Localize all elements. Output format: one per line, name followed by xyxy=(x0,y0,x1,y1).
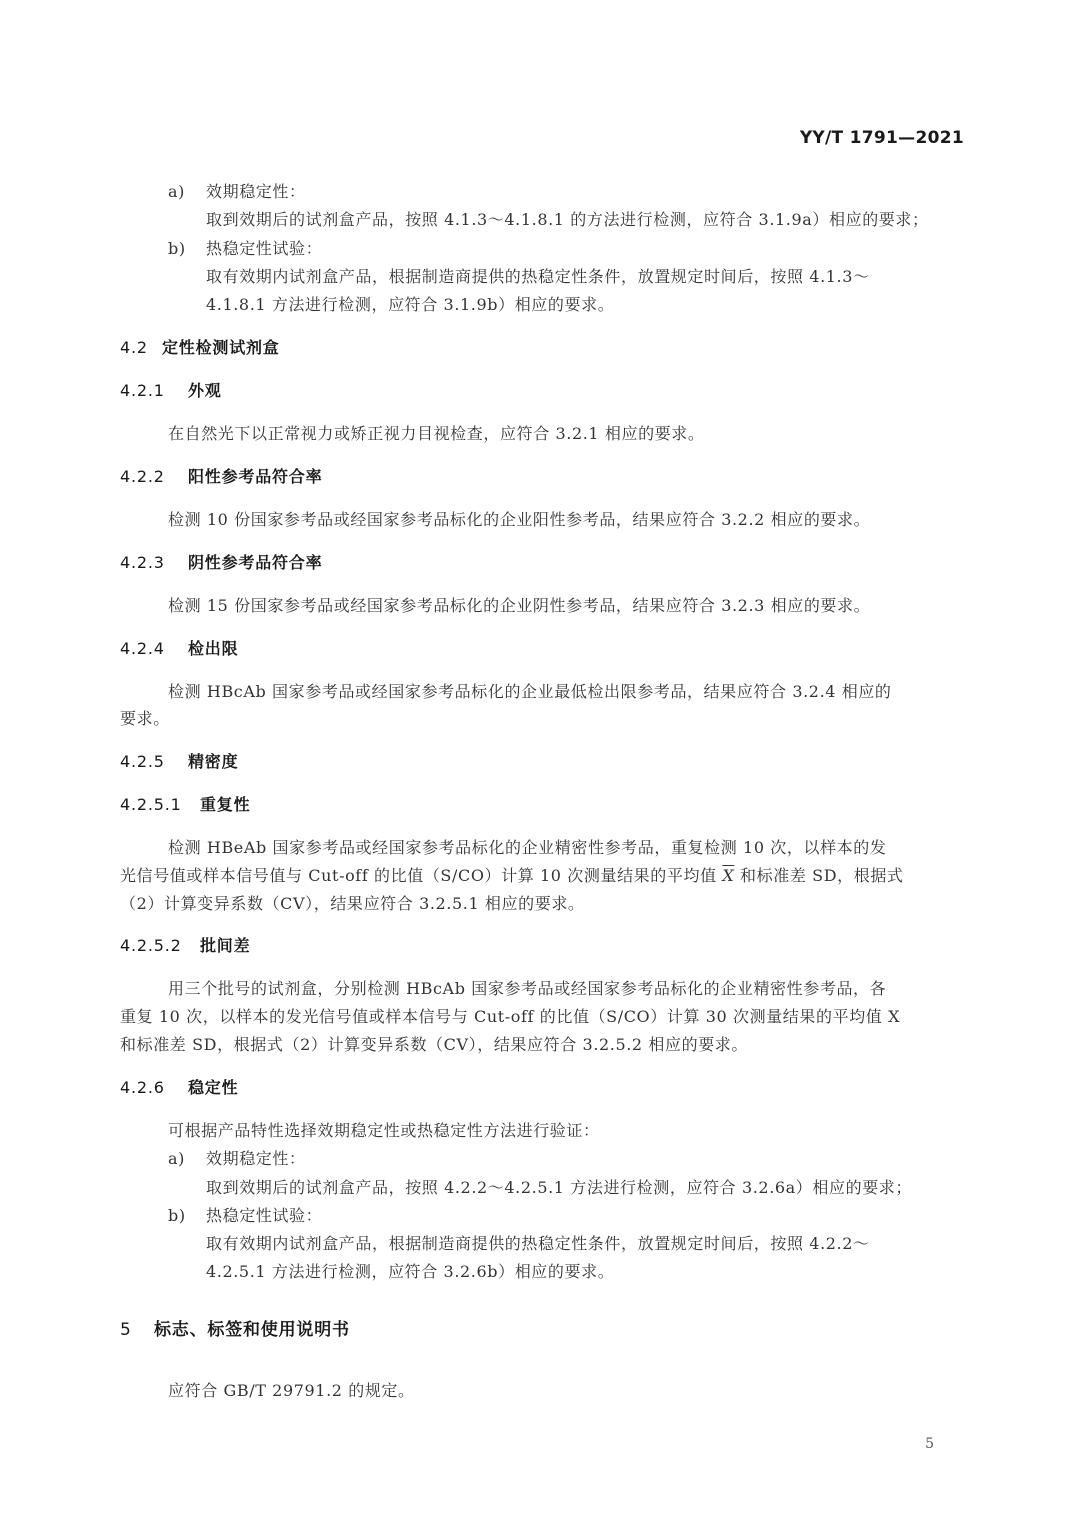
standard-code: YY/T 1791—2021 xyxy=(800,128,964,148)
text-segment: 光信号值或样本信号值与 Cut-off 的比值（S/CO）计算 10 次测量结果… xyxy=(120,866,722,885)
section-heading-4-2-6: 4.2.6稳定性 xyxy=(120,1078,238,1098)
section-title: 阳性参考品符合率 xyxy=(188,467,322,486)
paragraph: 检测 10 份国家参考品或经国家参考品标化的企业阳性参考品，结果应符合 3.2.… xyxy=(168,510,870,530)
list-item-a: a)效期稳定性： xyxy=(168,182,306,202)
list-item-title: 热稳定性试验： xyxy=(206,239,322,258)
paragraph: 在自然光下以正常视力或矫正视力目视检查，应符合 3.2.1 相应的要求。 xyxy=(168,424,704,444)
section-heading-4-2-2: 4.2.2阳性参考品符合率 xyxy=(120,467,322,487)
paragraph-line: 和标准差 SD，根据式（2）计算变异系数（CV），结果应符合 3.2.5.2 相… xyxy=(120,1035,748,1055)
section-number: 4.2.5.2 xyxy=(120,936,200,956)
section-heading-4-2-5: 4.2.5精密度 xyxy=(120,752,238,772)
section-number: 4.2.4 xyxy=(120,639,188,659)
list-marker: b) xyxy=(168,239,206,259)
paragraph: 检测 15 份国家参考品或经国家参考品标化的企业阴性参考品，结果应符合 3.2.… xyxy=(168,596,870,616)
section-heading-4-2: 4.2定性检测试剂盒 xyxy=(120,338,280,358)
document-page: YY/T 1791—2021 a)效期稳定性： 取到效期后的试剂盒产品，按照 4… xyxy=(0,0,1080,1526)
list-item-text: 取到效期后的试剂盒产品，按照 4.2.2～4.2.5.1 方法进行检测，应符合 … xyxy=(206,1178,912,1198)
section-number: 4.2.5.1 xyxy=(120,795,200,815)
list-item-title: 效期稳定性： xyxy=(206,182,306,201)
section-title: 重复性 xyxy=(200,795,250,814)
list-item-text: 取到效期后的试剂盒产品，按照 4.1.3～4.1.8.1 的方法进行检测，应符合… xyxy=(206,210,929,230)
section-title: 外观 xyxy=(188,381,222,400)
section-title: 批间差 xyxy=(200,936,250,955)
section-number: 4.2.6 xyxy=(120,1078,188,1098)
list-item-text: 取有效期内试剂盒产品，根据制造商提供的热稳定性条件，放置规定时间后，按照 4.1… xyxy=(206,267,870,287)
paragraph: 应符合 GB/T 29791.2 的规定。 xyxy=(168,1381,415,1401)
section-heading-4-2-4: 4.2.4检出限 xyxy=(120,639,238,659)
section-number: 4.2 xyxy=(120,338,162,358)
section-title: 精密度 xyxy=(188,752,238,771)
text-segment: 和标准差 SD，根据式 xyxy=(734,866,903,885)
chapter-number: 5 xyxy=(120,1320,154,1340)
section-heading-4-2-5-2: 4.2.5.2批间差 xyxy=(120,936,250,956)
mean-symbol: X xyxy=(722,866,734,885)
page-number: 5 xyxy=(925,1436,934,1452)
paragraph-line: 检测 HBcAb 国家参考品或经国家参考品标化的企业最低检出限参考品，结果应符合… xyxy=(168,682,892,702)
list-item-a: a)效期稳定性： xyxy=(168,1149,306,1169)
section-title: 稳定性 xyxy=(188,1078,238,1097)
list-item-title: 热稳定性试验： xyxy=(206,1206,322,1225)
paragraph-line: 光信号值或样本信号值与 Cut-off 的比值（S/CO）计算 10 次测量结果… xyxy=(120,866,904,886)
section-number: 4.2.5 xyxy=(120,752,188,772)
paragraph-line: （2）计算变异系数（CV），结果应符合 3.2.5.1 相应的要求。 xyxy=(120,894,585,914)
list-item-text: 取有效期内试剂盒产品，根据制造商提供的热稳定性条件，放置规定时间后，按照 4.2… xyxy=(206,1234,870,1254)
list-marker: b) xyxy=(168,1206,206,1226)
section-heading-4-2-5-1: 4.2.5.1重复性 xyxy=(120,795,250,815)
paragraph-line: 重复 10 次，以样本的发光信号值或样本信号与 Cut-off 的比值（S/CO… xyxy=(120,1007,900,1027)
section-title: 检出限 xyxy=(188,639,238,658)
section-heading-4-2-1: 4.2.1外观 xyxy=(120,381,222,401)
list-marker: a) xyxy=(168,182,206,202)
list-item-b: b)热稳定性试验： xyxy=(168,239,322,259)
section-number: 4.2.1 xyxy=(120,381,188,401)
paragraph-line: 用三个批号的试剂盒，分别检测 HBcAb 国家参考品或经国家参考品标化的企业精密… xyxy=(168,979,886,999)
list-item-text: 4.1.8.1 方法进行检测，应符合 3.1.9b）相应的要求。 xyxy=(206,295,614,315)
list-item-title: 效期稳定性： xyxy=(206,1149,306,1168)
list-item-text: 4.2.5.1 方法进行检测，应符合 3.2.6b）相应的要求。 xyxy=(206,1262,614,1282)
chapter-heading-5: 5标志、标签和使用说明书 xyxy=(120,1320,350,1340)
section-number: 4.2.2 xyxy=(120,467,188,487)
paragraph-line: 检测 HBeAb 国家参考品或经国家参考品标化的企业精密性参考品，重复检测 10… xyxy=(168,838,886,858)
section-title: 定性检测试剂盒 xyxy=(162,338,280,357)
section-title: 阴性参考品符合率 xyxy=(188,553,322,572)
list-marker: a) xyxy=(168,1149,206,1169)
paragraph: 可根据产品特性选择效期稳定性或热稳定性方法进行验证： xyxy=(168,1121,600,1141)
section-heading-4-2-3: 4.2.3阴性参考品符合率 xyxy=(120,553,322,573)
chapter-title: 标志、标签和使用说明书 xyxy=(154,1320,350,1340)
list-item-b: b)热稳定性试验： xyxy=(168,1206,322,1226)
section-number: 4.2.3 xyxy=(120,553,188,573)
paragraph-line: 要求。 xyxy=(120,709,170,729)
